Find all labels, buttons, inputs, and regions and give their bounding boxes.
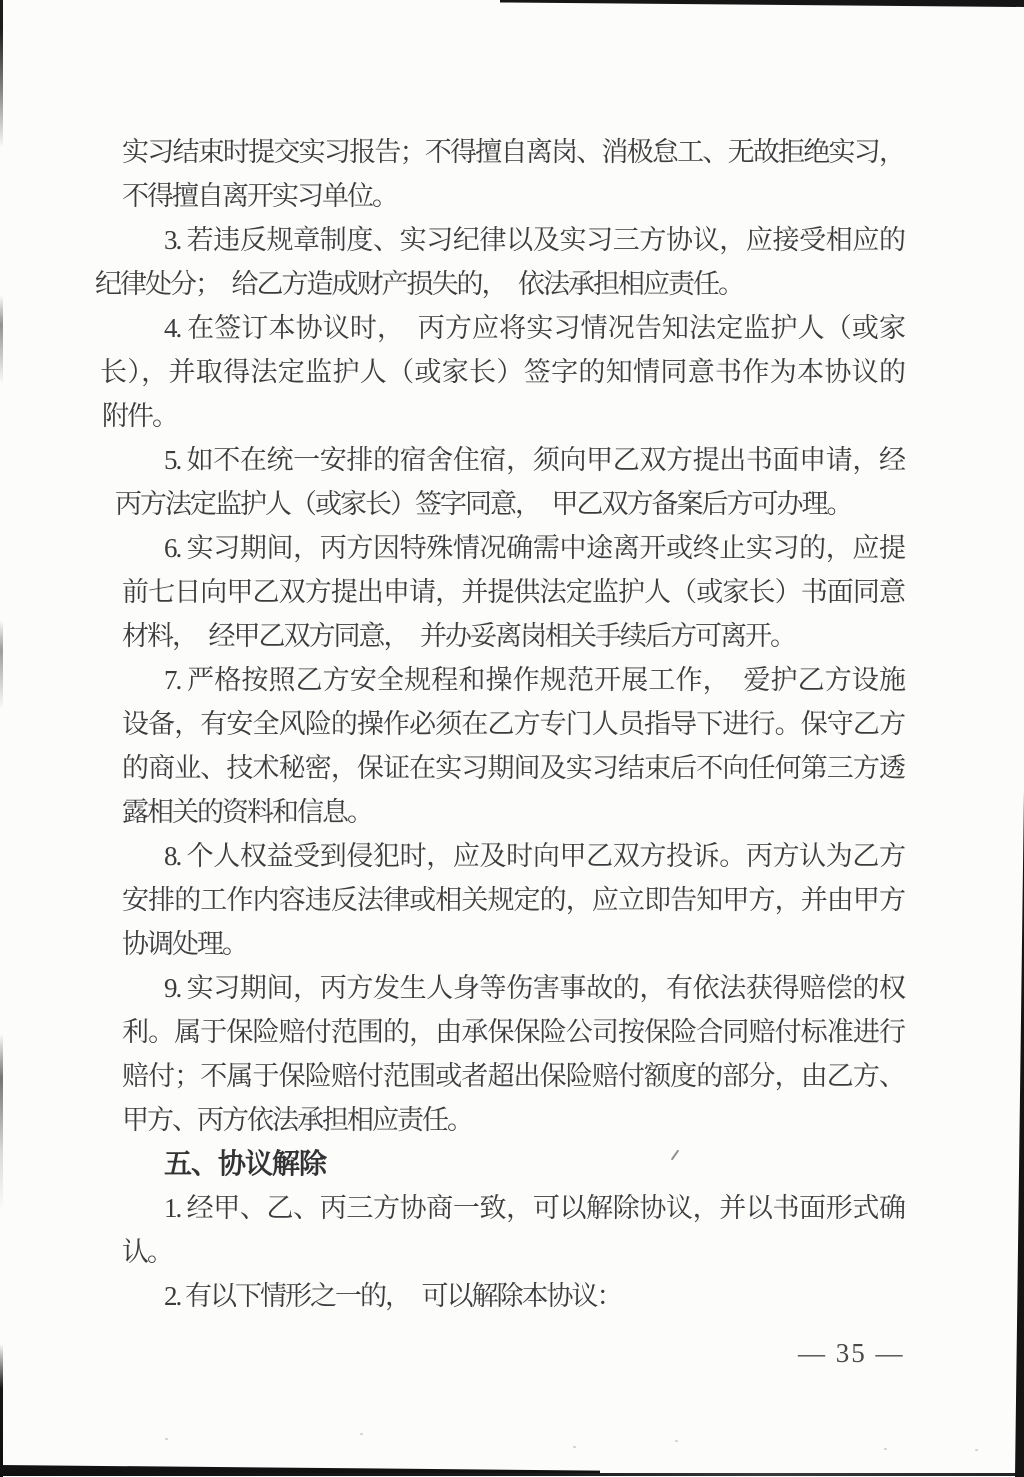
text-line: 认。 [122,1230,904,1274]
scan-speck [360,1433,363,1435]
text-line: 前七日向甲乙双方提出申请，并提供法定监护人（或家长）书面同意 [122,570,904,614]
text-line: 的商业、技术秘密，保证在实习期间及实习结束后不向任何第三方透 [122,746,904,790]
text-line: 不得擅自离开实习单位。 [122,174,904,218]
text-line: 丙方法定监护人（或家长）签字同意， 甲乙双方备案后方可办理。 [115,482,904,526]
text-line: 6. 实习期间，丙方因特殊情况确需中途离开或终止实习的，应提 [122,526,904,570]
text-line: 8. 个人权益受到侵犯时，应及时向甲乙双方投诉。丙方认为乙方 [122,834,904,878]
text-line: 纪律处分； 给乙方造成财产损失的， 依法承担相应责任。 [95,262,904,306]
scan-edge-bottom-line [0,1473,1024,1476]
text-line: 2. 有以下情形之一的， 可以解除本协议： [122,1274,904,1318]
text-line: 安排的工作内容违反法律或相关规定的，应立即告知甲方，并由甲方 [122,878,904,922]
document-page: 实习结束时提交实习报告；不得擅自离岗、消极怠工、无故拒绝实习，不得擅自离开实习单… [0,0,1024,1477]
scan-edge-top [500,0,1024,7]
text-line: 7. 严格按照乙方安全规程和操作规范开展工作， 爱护乙方设施 [122,658,904,702]
scan-edge-left [0,0,3,1477]
contract-text-block: 实习结束时提交实习报告；不得擅自离岗、消极怠工、无故拒绝实习，不得擅自离开实习单… [122,130,904,1318]
scan-speck [675,1440,678,1442]
scan-edge-right [1015,790,1024,1477]
text-line: 利。属于保险赔付范围的，由承保保险公司按保险合同赔付标准进行 [122,1010,904,1054]
text-line: 材料， 经甲乙双方同意， 并办妥离岗相关手续后方可离开。 [122,614,904,658]
text-line: 实习结束时提交实习报告；不得擅自离岗、消极怠工、无故拒绝实习， [122,130,904,174]
text-line: 4. 在签订本协议时， 丙方应将实习情况告知法定监护人（或家 [122,306,904,350]
text-line: 赔付；不属于保险赔付范围或者超出保险赔付额度的部分，由乙方、 [122,1054,904,1098]
text-line: 设备，有安全风险的操作必须在乙方专门人员指导下进行。保守乙方 [122,702,904,746]
text-line: 1. 经甲、乙、丙三方协商一致，可以解除协议，并以书面形式确 [122,1186,904,1230]
scan-speck [975,1449,978,1451]
section-heading: 五、协议解除 [122,1142,904,1186]
text-line: 3. 若违反规章制度、实习纪律以及实习三方协议，应接受相应的 [122,218,904,262]
page-number: — 35 — [798,1338,905,1369]
scan-speck [165,1438,168,1440]
scan-speck [884,1448,887,1450]
scan-speck [573,1446,576,1448]
text-line: 5. 如不在统一安排的宿舍住宿，须向甲乙双方提出书面申请，经 [122,438,904,482]
text-line: 长），并取得法定监护人（或家长）签字的知情同意书作为本协议的 [100,350,904,394]
text-line: 附件。 [102,394,904,438]
text-line: 9. 实习期间，丙方发生人身等伤害事故的，有依法获得赔偿的权 [122,966,904,1010]
text-line: 甲方、丙方依法承担相应责任。 [122,1098,904,1142]
text-line: 协调处理。 [122,922,904,966]
text-line: 露相关的资料和信息。 [122,790,904,834]
